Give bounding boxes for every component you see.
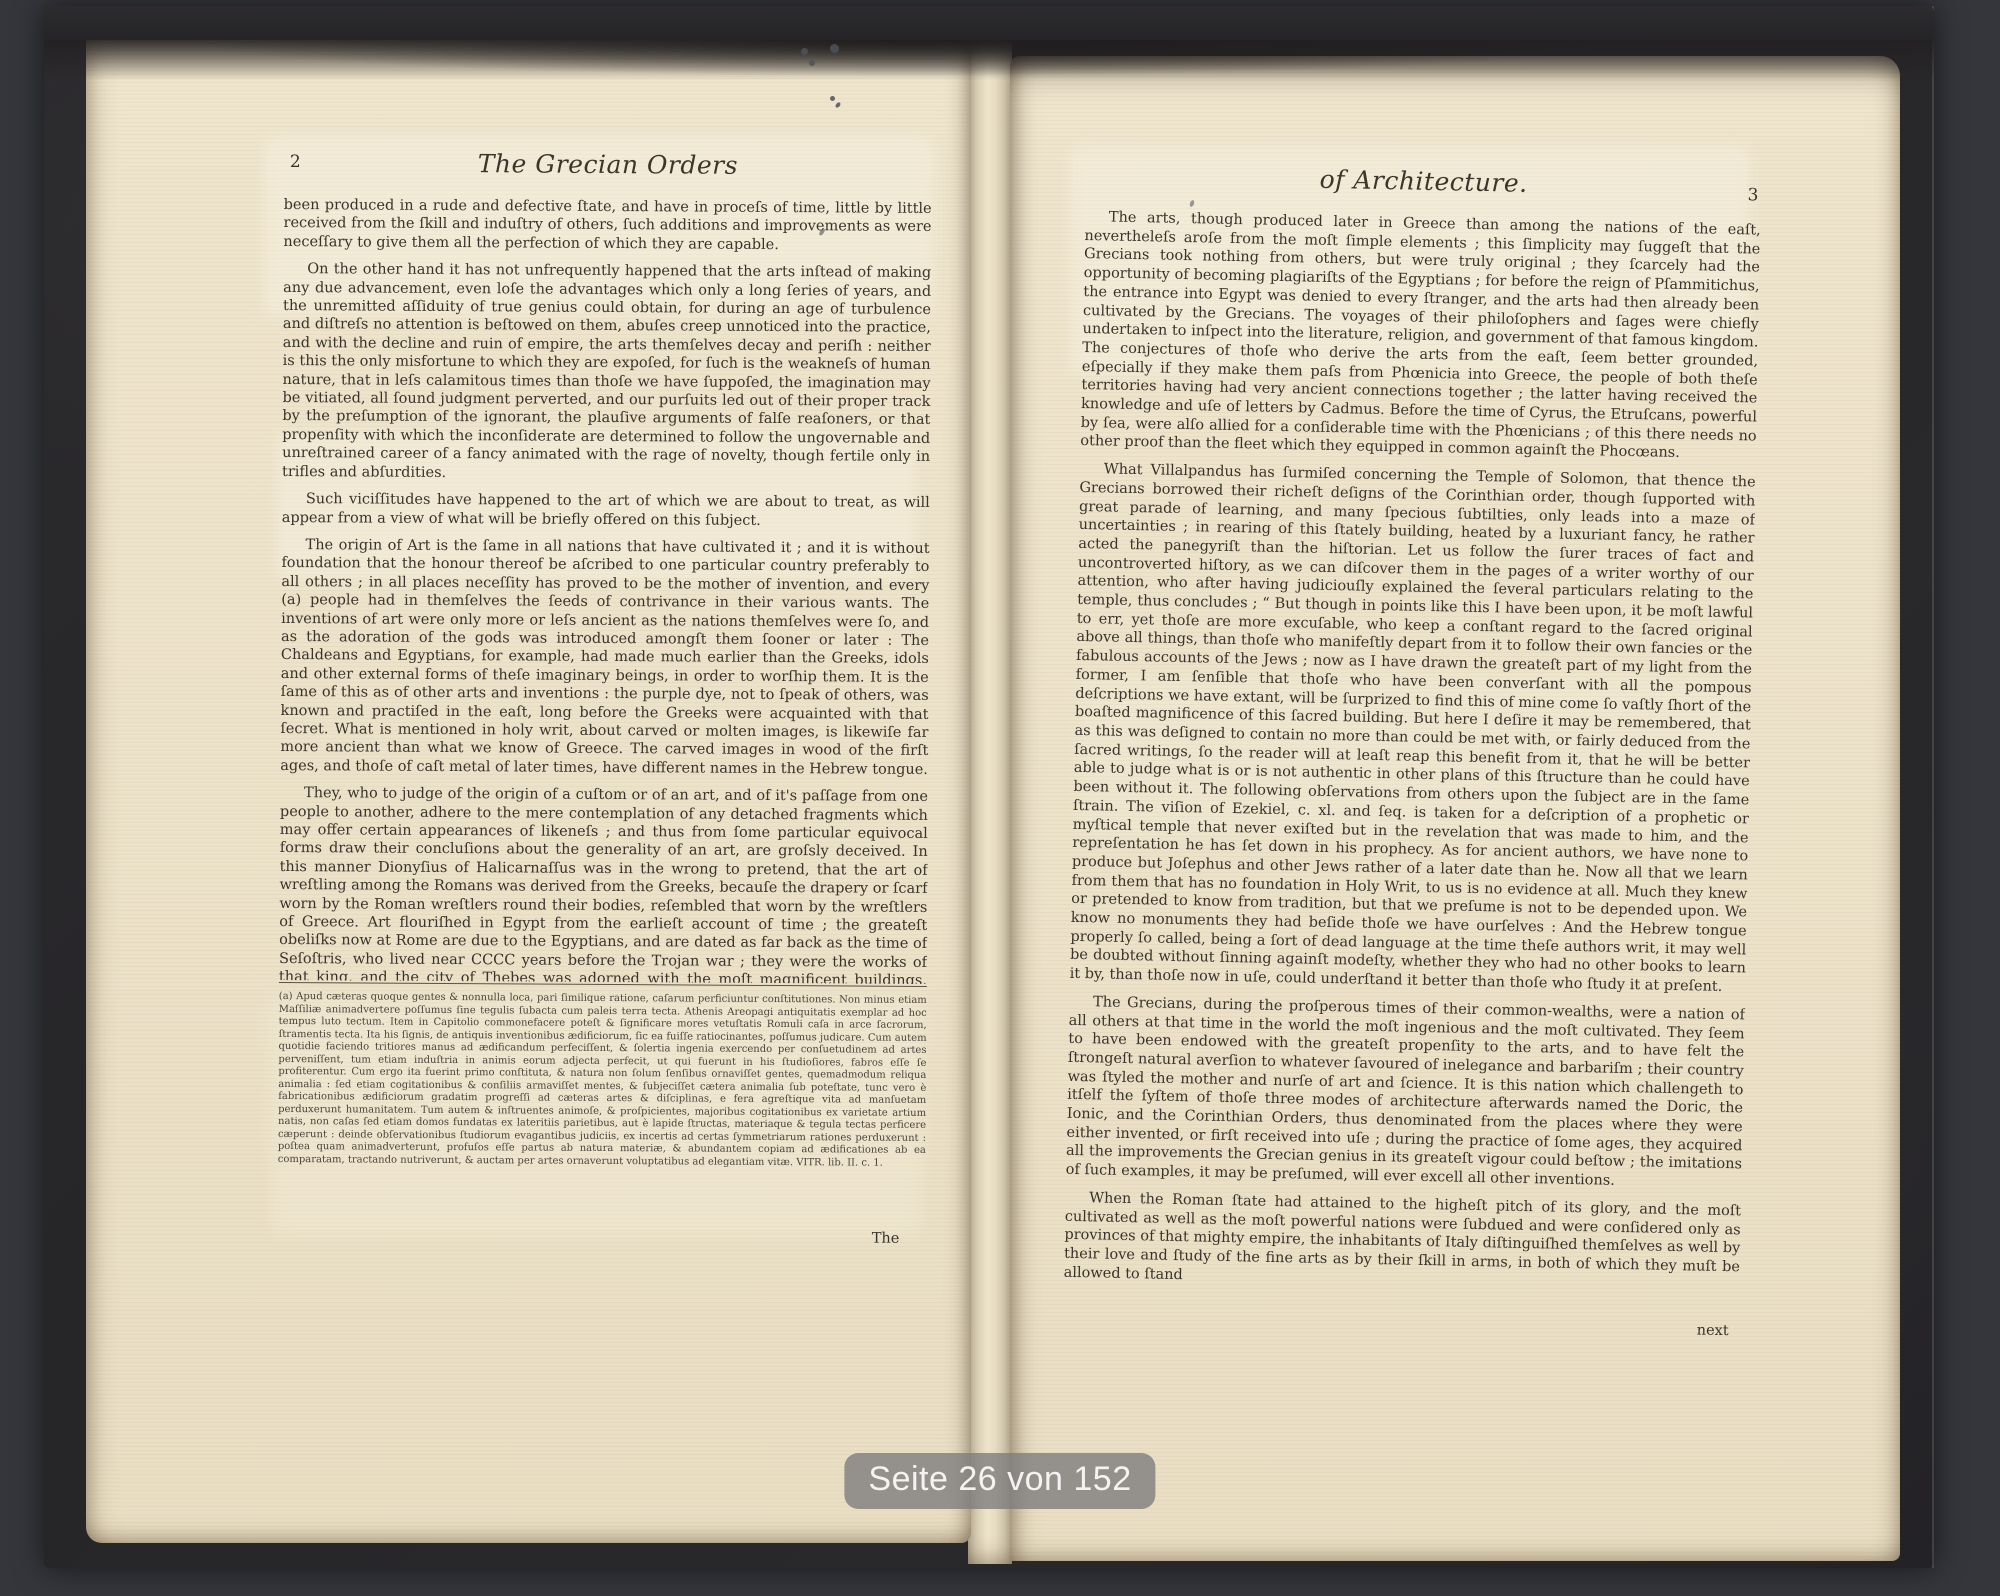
paragraph: The Grecians, during the proſperous time… bbox=[1066, 993, 1746, 1194]
dust-speck bbox=[830, 44, 839, 53]
catchword: The bbox=[277, 1227, 925, 1247]
paragraph: The arts, though produced later in Greec… bbox=[1080, 208, 1761, 465]
left-page-content: 2 The Grecian Orders been produced in a … bbox=[277, 148, 932, 1247]
paragraph: The origin of Art is the ſame in all nat… bbox=[280, 536, 929, 779]
paragraph: On the other hand it has not unfrequentl… bbox=[282, 260, 931, 485]
right-page-body: The arts, though produced later in Greec… bbox=[1063, 208, 1761, 1319]
dust-speck bbox=[809, 60, 815, 66]
paragraph: When the Roman ſtate had attained to the… bbox=[1063, 1189, 1741, 1296]
paragraph: What Villalpandus has ſurmiſed concernin… bbox=[1069, 460, 1755, 997]
dust-speck bbox=[801, 48, 808, 55]
scanned-page-left: 2 The Grecian Orders been produced in a … bbox=[86, 36, 971, 1543]
dust-speck bbox=[830, 96, 835, 101]
cover-top-flap bbox=[44, 6, 1934, 40]
page-number: 3 bbox=[1747, 185, 1759, 205]
book-spine-gutter bbox=[968, 30, 1012, 1564]
right-page-content: of Architecture. 3 The arts, though prod… bbox=[1063, 160, 1762, 1339]
footnote: (a) Apud cæteras quoque gentes & nonnull… bbox=[277, 991, 926, 1223]
paragraph: been produced in a rude and defective ſt… bbox=[283, 196, 931, 255]
left-page-header: 2 The Grecian Orders bbox=[284, 148, 932, 184]
left-page-body: been produced in a rude and defective ſt… bbox=[279, 196, 932, 984]
cover-edge-highlight bbox=[1932, 6, 1934, 1568]
running-title: The Grecian Orders bbox=[284, 148, 932, 181]
page-indicator-badge: Seite 26 von 152 bbox=[844, 1453, 1155, 1509]
paragraph: They, who to judge of the origin of a cu… bbox=[279, 784, 928, 984]
paragraph: Such viciſſitudes have happened to the a… bbox=[282, 490, 930, 531]
viewer-canvas: 2 The Grecian Orders been produced in a … bbox=[0, 0, 2000, 1596]
scanned-page-right: of Architecture. 3 The arts, though prod… bbox=[1010, 56, 1900, 1561]
